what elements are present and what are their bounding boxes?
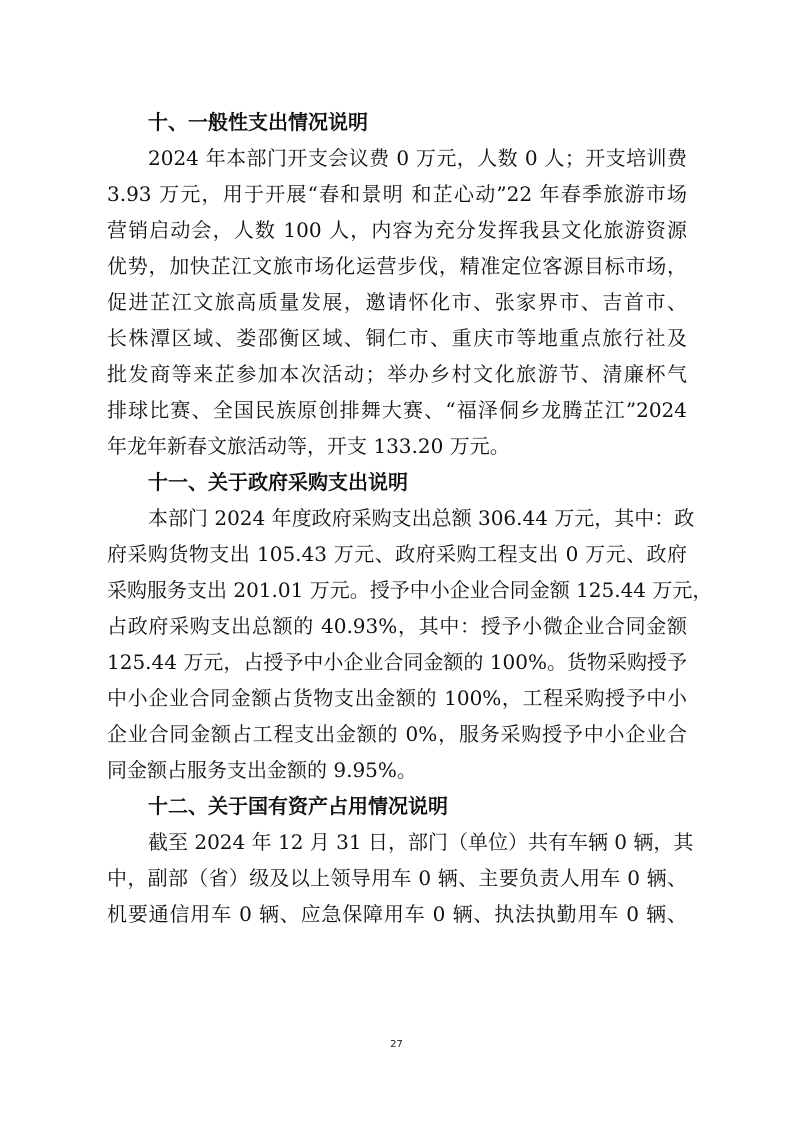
document-page: 十、一般性支出情况说明 2024 年本部门开支会议费 0 万元，人数 0 人；开… xyxy=(107,104,687,932)
page-number: 27 xyxy=(0,1039,793,1050)
paragraph-line: 2024 年本部门开支会议费 0 万元，人数 0 人；开支培训费 xyxy=(107,140,687,176)
paragraph-line: 长株潭区域、娄邵衡区域、铜仁市、重庆市等地重点旅行社及 xyxy=(107,320,687,356)
paragraph-line: 3.93 万元，用于开展“春和景明 和芷心动”22 年春季旅游市场 xyxy=(107,176,687,212)
paragraph-line: 占政府采购支出总额的 40.93%，其中：授予小微企业合同金额 xyxy=(107,608,687,644)
paragraph-line: 中，副部（省）级及以上领导用车 0 辆、主要负责人用车 0 辆、 xyxy=(107,860,687,896)
section-heading-general-expenditure: 十、一般性支出情况说明 xyxy=(107,104,687,140)
paragraph-line: 批发商等来芷参加本次活动；举办乡村文化旅游节、清廉杯气 xyxy=(107,356,687,392)
paragraph-line: 年龙年新春文旅活动等，开支 133.20 万元。 xyxy=(107,428,687,464)
paragraph-line: 本部门 2024 年度政府采购支出总额 306.44 万元，其中：政 xyxy=(107,500,687,536)
paragraph-line: 排球比赛、全国民族原创排舞大赛、“福泽侗乡龙腾芷江”2024 xyxy=(107,392,687,428)
paragraph-line: 机要通信用车 0 辆、应急保障用车 0 辆、执法执勤用车 0 辆、 xyxy=(107,896,687,932)
paragraph-line: 采购服务支出 201.01 万元。授予中小企业合同金额 125.44 万元， xyxy=(107,572,687,608)
paragraph-line: 中小企业合同金额占货物支出金额的 100%，工程采购授予中小 xyxy=(107,680,687,716)
paragraph-line: 截至 2024 年 12 月 31 日，部门（单位）共有车辆 0 辆，其 xyxy=(107,824,687,860)
paragraph-line: 营销启动会，人数 100 人，内容为充分发挥我县文化旅游资源 xyxy=(107,212,687,248)
paragraph-line: 优势，加快芷江文旅市场化运营步伐，精准定位客源目标市场， xyxy=(107,248,687,284)
section-heading-government-procurement: 十一、关于政府采购支出说明 xyxy=(107,464,687,500)
paragraph-line: 同金额占服务支出金额的 9.95%。 xyxy=(107,752,687,788)
paragraph-line: 府采购货物支出 105.43 万元、政府采购工程支出 0 万元、政府 xyxy=(107,536,687,572)
paragraph-line: 企业合同金额占工程支出金额的 0%，服务采购授予中小企业合 xyxy=(107,716,687,752)
paragraph-line: 促进芷江文旅高质量发展，邀请怀化市、张家界市、吉首市、 xyxy=(107,284,687,320)
section-heading-state-assets: 十二、关于国有资产占用情况说明 xyxy=(107,788,687,824)
paragraph-line: 125.44 万元，占授予中小企业合同金额的 100%。货物采购授予 xyxy=(107,644,687,680)
